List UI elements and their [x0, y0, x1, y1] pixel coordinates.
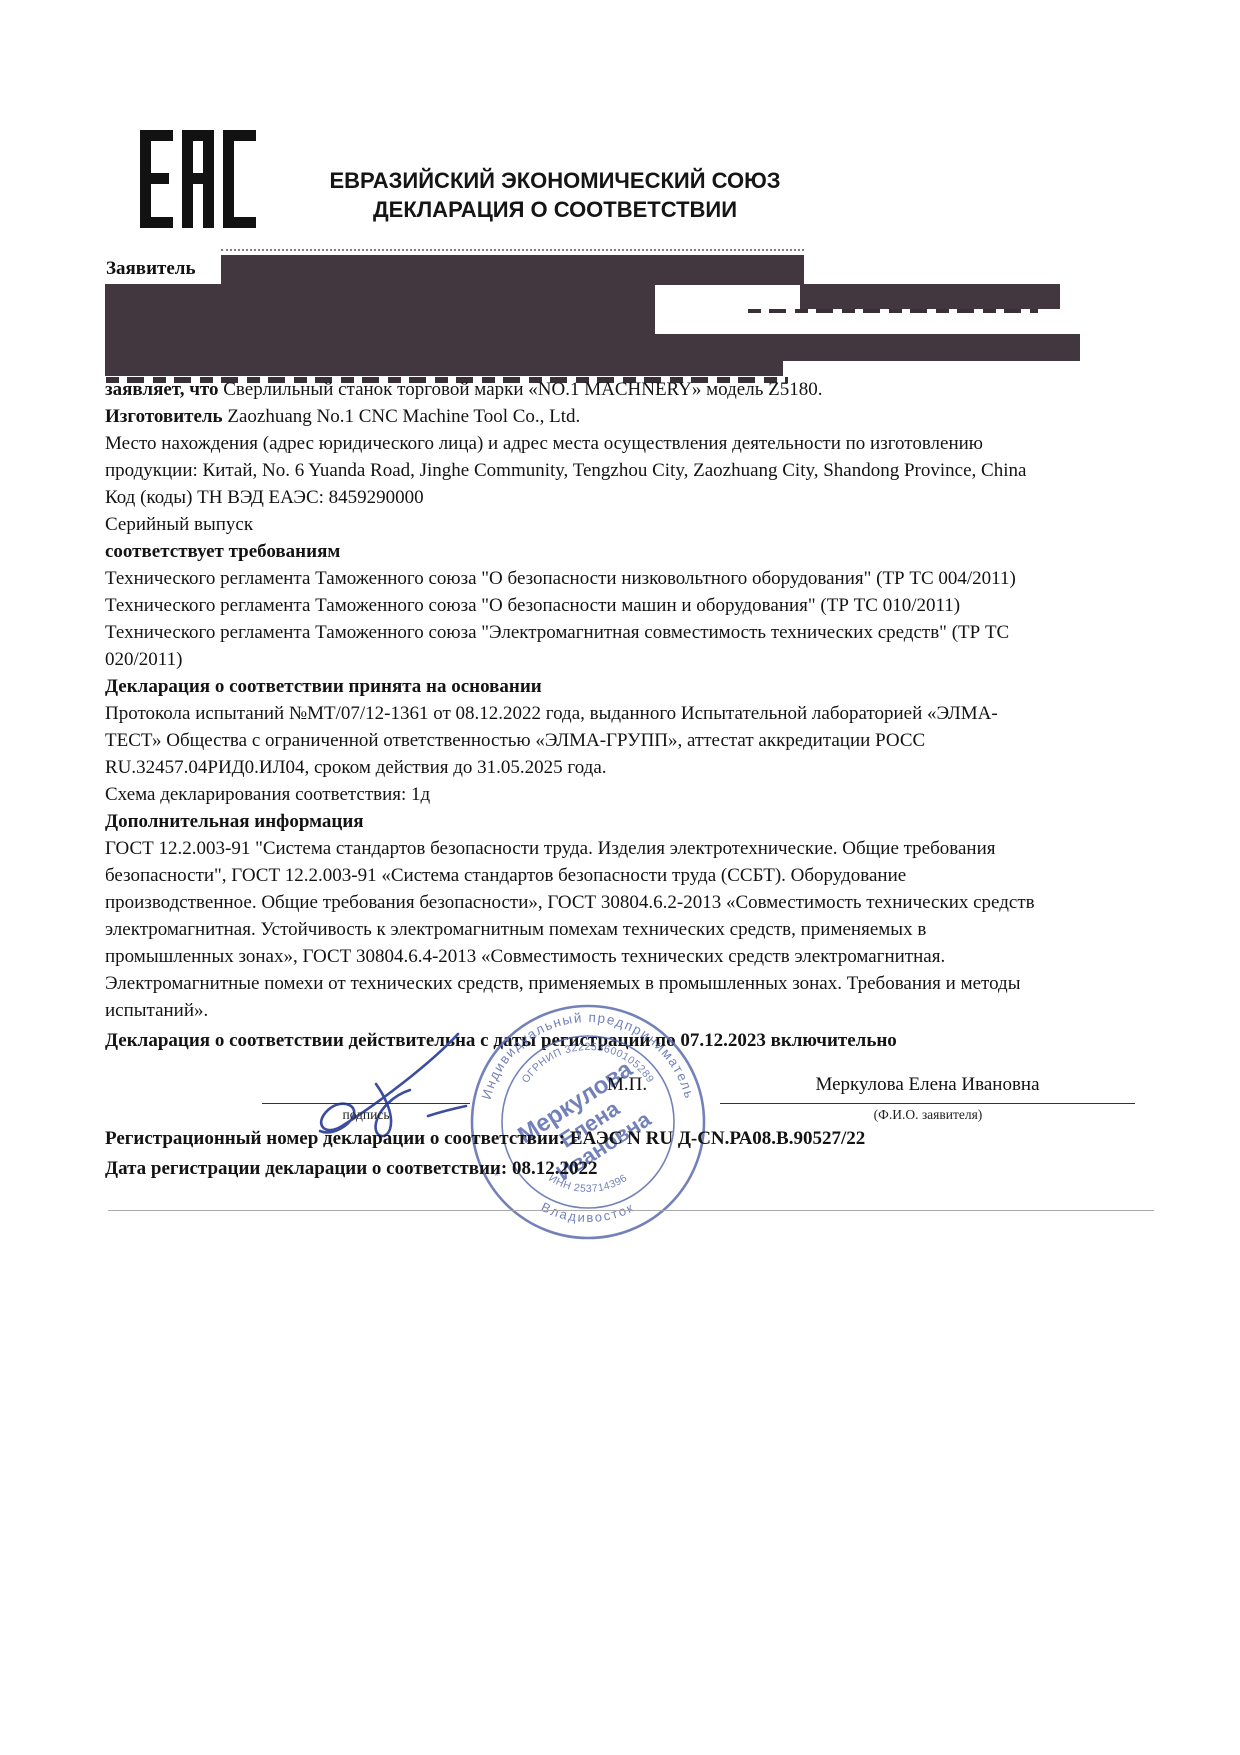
- applicant-fio: Меркулова Елена Ивановна: [720, 1074, 1135, 1096]
- applicant-label: Заявитель: [106, 258, 196, 280]
- document-header: ЕВРАЗИЙСКИЙ ЭКОНОМИЧЕСКИЙ СОЮЗ ДЕКЛАРАЦИ…: [285, 166, 825, 224]
- redaction-block-2: [105, 284, 655, 335]
- redaction-block-3: [800, 284, 1060, 309]
- handwritten-signature: [280, 1026, 490, 1141]
- registration-date-line: Дата регистрации декларации о соответств…: [105, 1158, 597, 1180]
- round-stamp: Индивидуальный предприниматель ОГРНИП 32…: [468, 1002, 708, 1242]
- redaction-edge-dotted: [221, 249, 804, 251]
- body-line: Декларация о соответствии принята на осн…: [105, 673, 1145, 700]
- redaction-block-5: [105, 360, 783, 376]
- body-line: Технического регламента Таможенного союз…: [105, 565, 1145, 592]
- body-line: Дополнительная информация: [105, 808, 1145, 835]
- signature-caption: подпись: [320, 1107, 412, 1123]
- signature-line: [262, 1103, 470, 1104]
- stamp-city: Владивосток: [539, 1199, 637, 1225]
- body-line: продукции: Китай, No. 6 Yuanda Road, Jin…: [105, 457, 1145, 484]
- body-line: Изготовитель Zaozhuang No.1 CNC Machine …: [105, 403, 1145, 430]
- body-line: электромагнитная. Устойчивость к электро…: [105, 916, 1145, 943]
- registration-number-label: Регистрационный номер декларации о соотв…: [105, 1128, 565, 1149]
- body-line: ТЕСТ» Общества с ограниченной ответствен…: [105, 727, 1145, 754]
- eac-logo: [140, 130, 256, 228]
- body-line: заявляет, что Сверлильный станок торгово…: [105, 376, 1145, 403]
- body-line: Схема декларирования соответствия: 1д: [105, 781, 1145, 808]
- declaration-body: заявляет, что Сверлильный станок торгово…: [105, 376, 1145, 1024]
- stamp-place-label: М.П.: [607, 1074, 647, 1096]
- body-line: Технического регламента Таможенного союз…: [105, 619, 1145, 646]
- redaction-block-4: [105, 334, 1080, 361]
- redaction-block-1: [221, 255, 804, 285]
- svg-text:Владивосток: Владивосток: [539, 1199, 637, 1225]
- body-line: промышленных зонах», ГОСТ 30804.6.4-2013…: [105, 943, 1145, 970]
- body-line: Место нахождения (адрес юридического лиц…: [105, 430, 1145, 457]
- registration-number-line: Регистрационный номер декларации о соотв…: [105, 1128, 865, 1150]
- body-line: производственное. Общие требования безоп…: [105, 889, 1145, 916]
- body-line: ГОСТ 12.2.003-91 "Система стандартов без…: [105, 835, 1145, 862]
- fio-line: [720, 1103, 1135, 1104]
- registration-number-value: ЕАЭС N RU Д-CN.РА08.В.90527/22: [570, 1128, 865, 1149]
- body-line: 020/2011): [105, 646, 1145, 673]
- bottom-divider: [108, 1210, 1154, 1211]
- declaration-document: ЕВРАЗИЙСКИЙ ЭКОНОМИЧЕСКИЙ СОЮЗ ДЕКЛАРАЦИ…: [0, 0, 1240, 1755]
- body-line: соответствует требованиям: [105, 538, 1145, 565]
- body-line: безопасности", ГОСТ 12.2.003-91 «Система…: [105, 862, 1145, 889]
- fio-caption: (Ф.И.О. заявителя): [828, 1107, 1028, 1123]
- registration-date-label: Дата регистрации декларации о соответств…: [105, 1158, 507, 1179]
- body-line: Электромагнитные помехи от технических с…: [105, 970, 1145, 997]
- redacted-text-fragments-top: [748, 309, 1038, 313]
- body-line: Протокола испытаний №МТ/07/12-1361 от 08…: [105, 700, 1145, 727]
- declaration-title: ДЕКЛАРАЦИЯ О СООТВЕТСТВИИ: [285, 195, 825, 224]
- body-line: RU.32457.04РИД0.ИЛ04, сроком действия до…: [105, 754, 1145, 781]
- registration-date-value: 08.12.2022: [512, 1158, 598, 1179]
- union-title: ЕВРАЗИЙСКИЙ ЭКОНОМИЧЕСКИЙ СОЮЗ: [285, 166, 825, 195]
- body-line: Код (коды) ТН ВЭД ЕАЭС: 8459290000: [105, 484, 1145, 511]
- body-line: Серийный выпуск: [105, 511, 1145, 538]
- body-line: Технического регламента Таможенного союз…: [105, 592, 1145, 619]
